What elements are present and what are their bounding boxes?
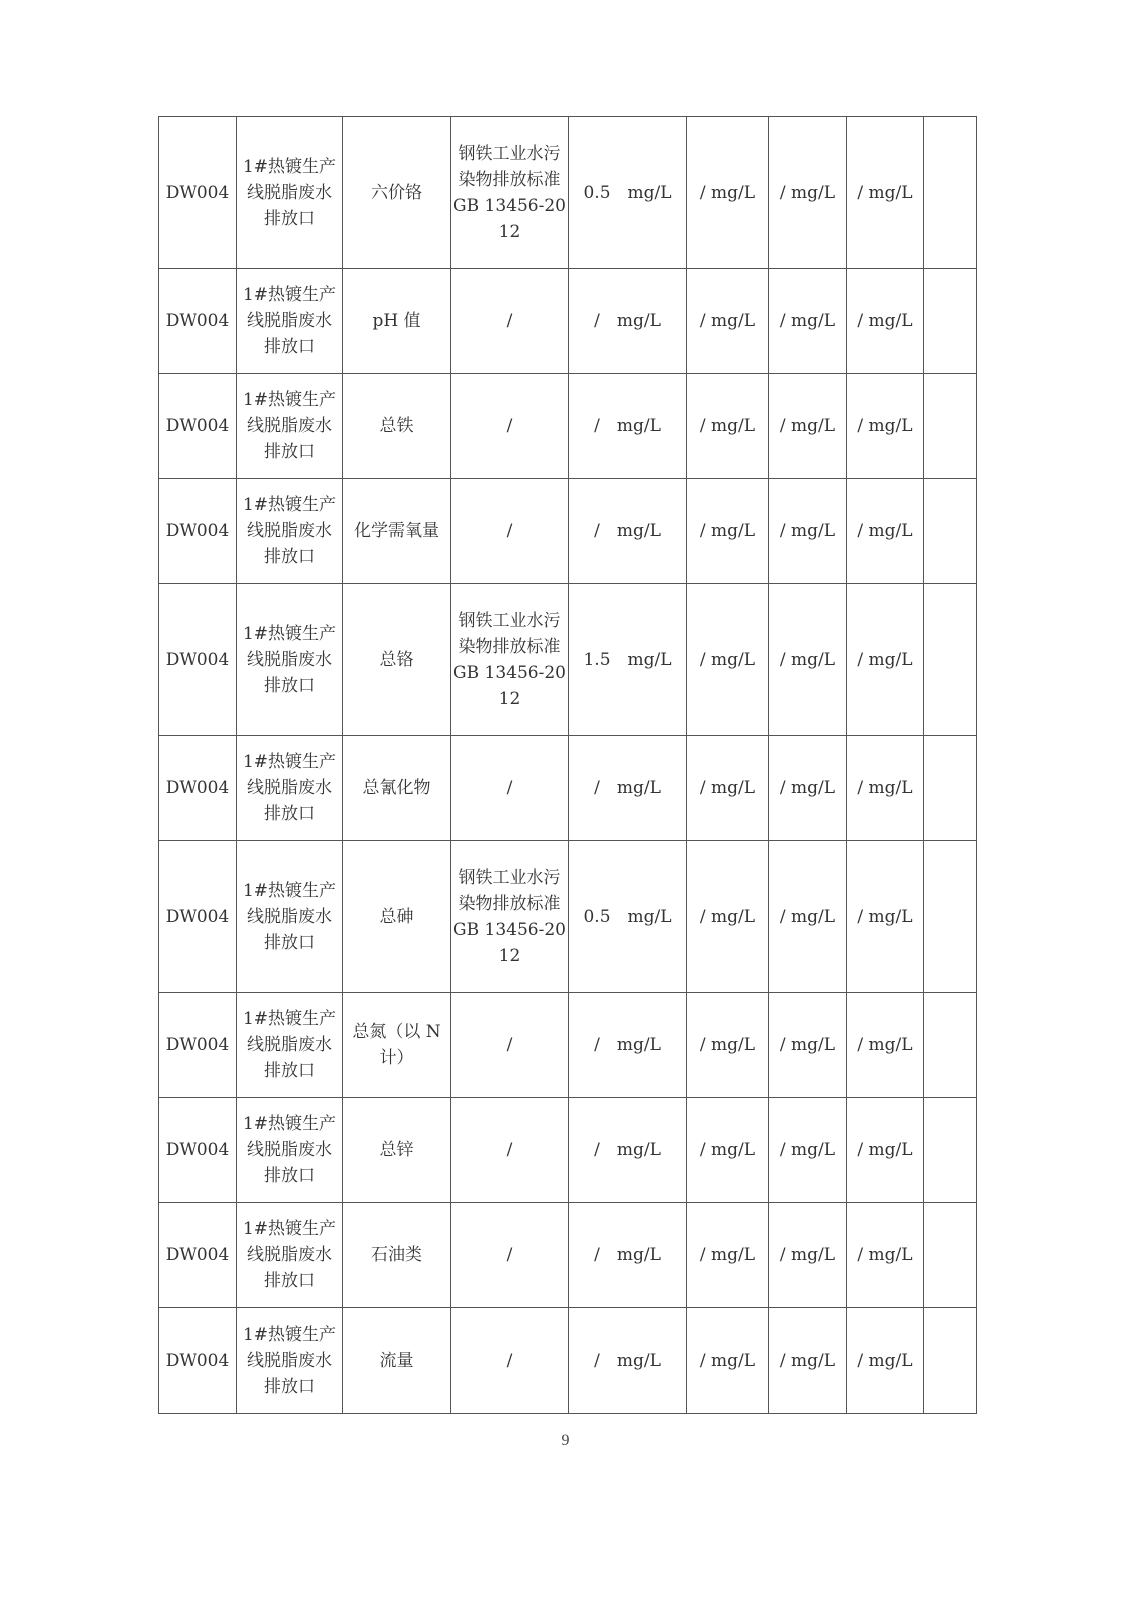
- remark-cell: [924, 1203, 977, 1308]
- standard-cell: 钢铁工业水污染物排放标准 GB 13456-2012: [451, 584, 569, 736]
- value-col-2-cell: / mg/L: [769, 993, 847, 1098]
- value-col-3-cell: / mg/L: [847, 993, 924, 1098]
- value-col-2-cell: / mg/L: [769, 117, 847, 269]
- remark-cell: [924, 841, 977, 993]
- value-col-2-cell: / mg/L: [769, 1308, 847, 1414]
- value-col-1-cell: / mg/L: [687, 269, 769, 374]
- outlet-name-cell: 1#热镀生产线脱脂废水排放口: [237, 993, 343, 1098]
- table-row: DW0041#热镀生产线脱脂废水排放口总氰化物// mg/L/ mg/L/ mg…: [159, 736, 977, 841]
- remark-cell: [924, 269, 977, 374]
- value-col-1-cell: / mg/L: [687, 479, 769, 584]
- value-col-3-cell: / mg/L: [847, 479, 924, 584]
- value-col-1-cell: / mg/L: [687, 374, 769, 479]
- remark-cell: [924, 374, 977, 479]
- outlet-name-cell: 1#热镀生产线脱脂废水排放口: [237, 1308, 343, 1414]
- pollutant-cell: 总锌: [343, 1098, 451, 1203]
- value-col-3-cell: / mg/L: [847, 117, 924, 269]
- remark-cell: [924, 584, 977, 736]
- limit-value-cell: / mg/L: [569, 269, 687, 374]
- outlet-code-cell: DW004: [159, 841, 237, 993]
- pollutant-cell: 总铁: [343, 374, 451, 479]
- table-row: DW0041#热镀生产线脱脂废水排放口总氮（以 N 计）// mg/L/ mg/…: [159, 993, 977, 1098]
- remark-cell: [924, 736, 977, 841]
- value-col-2-cell: / mg/L: [769, 479, 847, 584]
- outlet-name-cell: 1#热镀生产线脱脂废水排放口: [237, 1098, 343, 1203]
- outlet-code-cell: DW004: [159, 1098, 237, 1203]
- standard-cell: /: [451, 269, 569, 374]
- table-row: DW0041#热镀生产线脱脂废水排放口总铬钢铁工业水污染物排放标准 GB 134…: [159, 584, 977, 736]
- value-col-2-cell: / mg/L: [769, 841, 847, 993]
- remark-cell: [924, 479, 977, 584]
- outlet-code-cell: DW004: [159, 1203, 237, 1308]
- table-row: DW0041#热镀生产线脱脂废水排放口化学需氧量// mg/L/ mg/L/ m…: [159, 479, 977, 584]
- outlet-code-cell: DW004: [159, 117, 237, 269]
- table-row: DW0041#热镀生产线脱脂废水排放口pH 值// mg/L/ mg/L/ mg…: [159, 269, 977, 374]
- standard-cell: /: [451, 736, 569, 841]
- outlet-code-cell: DW004: [159, 374, 237, 479]
- pollutant-cell: 流量: [343, 1308, 451, 1414]
- outlet-name-cell: 1#热镀生产线脱脂废水排放口: [237, 1203, 343, 1308]
- value-col-2-cell: / mg/L: [769, 374, 847, 479]
- table-row: DW0041#热镀生产线脱脂废水排放口石油类// mg/L/ mg/L/ mg/…: [159, 1203, 977, 1308]
- limit-value-cell: 0.5 mg/L: [569, 841, 687, 993]
- outlet-code-cell: DW004: [159, 736, 237, 841]
- value-col-1-cell: / mg/L: [687, 117, 769, 269]
- outlet-name-cell: 1#热镀生产线脱脂废水排放口: [237, 584, 343, 736]
- value-col-1-cell: / mg/L: [687, 584, 769, 736]
- pollutant-cell: 石油类: [343, 1203, 451, 1308]
- outlet-code-cell: DW004: [159, 993, 237, 1098]
- value-col-2-cell: / mg/L: [769, 736, 847, 841]
- emission-table: DW0041#热镀生产线脱脂废水排放口六价铬钢铁工业水污染物排放标准 GB 13…: [158, 116, 977, 1414]
- standard-cell: /: [451, 479, 569, 584]
- standard-cell: /: [451, 1203, 569, 1308]
- limit-value-cell: / mg/L: [569, 736, 687, 841]
- table-row: DW0041#热镀生产线脱脂废水排放口总锌// mg/L/ mg/L/ mg/L…: [159, 1098, 977, 1203]
- outlet-code-cell: DW004: [159, 1308, 237, 1414]
- value-col-3-cell: / mg/L: [847, 1203, 924, 1308]
- remark-cell: [924, 993, 977, 1098]
- outlet-code-cell: DW004: [159, 269, 237, 374]
- page-number: 9: [0, 1432, 1131, 1450]
- limit-value-cell: / mg/L: [569, 479, 687, 584]
- table-row: DW0041#热镀生产线脱脂废水排放口六价铬钢铁工业水污染物排放标准 GB 13…: [159, 117, 977, 269]
- outlet-name-cell: 1#热镀生产线脱脂废水排放口: [237, 479, 343, 584]
- standard-cell: 钢铁工业水污染物排放标准 GB 13456-2012: [451, 117, 569, 269]
- value-col-3-cell: / mg/L: [847, 269, 924, 374]
- value-col-2-cell: / mg/L: [769, 1098, 847, 1203]
- standard-cell: /: [451, 1308, 569, 1414]
- limit-value-cell: 1.5 mg/L: [569, 584, 687, 736]
- value-col-3-cell: / mg/L: [847, 841, 924, 993]
- value-col-3-cell: / mg/L: [847, 1308, 924, 1414]
- limit-value-cell: / mg/L: [569, 1308, 687, 1414]
- pollutant-cell: 总氮（以 N 计）: [343, 993, 451, 1098]
- pollutant-cell: 总氰化物: [343, 736, 451, 841]
- limit-value-cell: / mg/L: [569, 1098, 687, 1203]
- remark-cell: [924, 117, 977, 269]
- outlet-code-cell: DW004: [159, 584, 237, 736]
- pollutant-cell: pH 值: [343, 269, 451, 374]
- limit-value-cell: / mg/L: [569, 1203, 687, 1308]
- standard-cell: /: [451, 993, 569, 1098]
- value-col-1-cell: / mg/L: [687, 1098, 769, 1203]
- standard-cell: /: [451, 1098, 569, 1203]
- remark-cell: [924, 1308, 977, 1414]
- table-row: DW0041#热镀生产线脱脂废水排放口总砷钢铁工业水污染物排放标准 GB 134…: [159, 841, 977, 993]
- pollutant-cell: 总铬: [343, 584, 451, 736]
- outlet-name-cell: 1#热镀生产线脱脂废水排放口: [237, 841, 343, 993]
- table-row: DW0041#热镀生产线脱脂废水排放口总铁// mg/L/ mg/L/ mg/L…: [159, 374, 977, 479]
- outlet-name-cell: 1#热镀生产线脱脂废水排放口: [237, 374, 343, 479]
- value-col-1-cell: / mg/L: [687, 993, 769, 1098]
- value-col-3-cell: / mg/L: [847, 584, 924, 736]
- value-col-3-cell: / mg/L: [847, 736, 924, 841]
- outlet-name-cell: 1#热镀生产线脱脂废水排放口: [237, 736, 343, 841]
- value-col-2-cell: / mg/L: [769, 269, 847, 374]
- standard-cell: /: [451, 374, 569, 479]
- outlet-name-cell: 1#热镀生产线脱脂废水排放口: [237, 269, 343, 374]
- value-col-1-cell: / mg/L: [687, 841, 769, 993]
- pollutant-cell: 总砷: [343, 841, 451, 993]
- value-col-1-cell: / mg/L: [687, 1308, 769, 1414]
- outlet-name-cell: 1#热镀生产线脱脂废水排放口: [237, 117, 343, 269]
- value-col-3-cell: / mg/L: [847, 374, 924, 479]
- standard-cell: 钢铁工业水污染物排放标准 GB 13456-2012: [451, 841, 569, 993]
- outlet-code-cell: DW004: [159, 479, 237, 584]
- limit-value-cell: / mg/L: [569, 374, 687, 479]
- remark-cell: [924, 1098, 977, 1203]
- pollutant-cell: 六价铬: [343, 117, 451, 269]
- pollutant-cell: 化学需氧量: [343, 479, 451, 584]
- table-row: DW0041#热镀生产线脱脂废水排放口流量// mg/L/ mg/L/ mg/L…: [159, 1308, 977, 1414]
- limit-value-cell: / mg/L: [569, 993, 687, 1098]
- limit-value-cell: 0.5 mg/L: [569, 117, 687, 269]
- value-col-3-cell: / mg/L: [847, 1098, 924, 1203]
- value-col-2-cell: / mg/L: [769, 1203, 847, 1308]
- value-col-1-cell: / mg/L: [687, 736, 769, 841]
- value-col-1-cell: / mg/L: [687, 1203, 769, 1308]
- value-col-2-cell: / mg/L: [769, 584, 847, 736]
